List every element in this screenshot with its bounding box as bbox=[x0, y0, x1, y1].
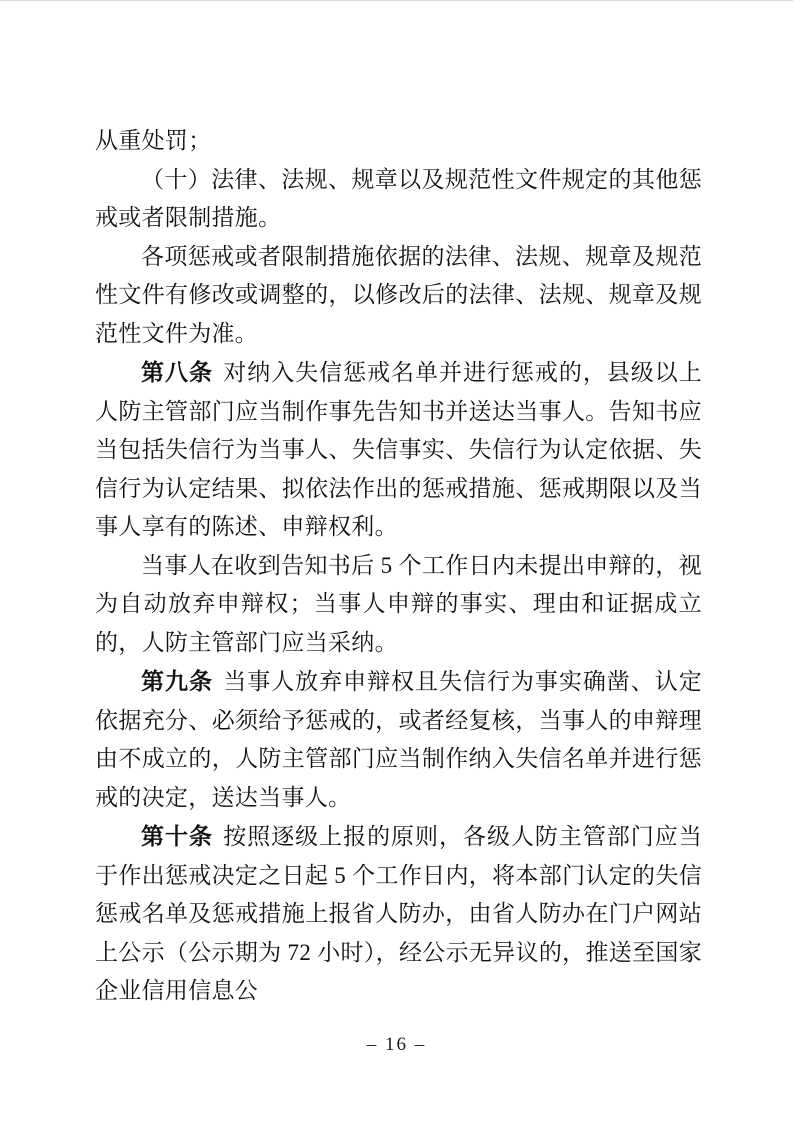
article-9: 第九条当事人放弃申辩权且失信行为事实确凿、认定依据充分、必须给予惩戒的，或者经复… bbox=[95, 662, 702, 817]
article-10: 第十条按照逐级上报的原则，各级人防主管部门应当于作出惩戒决定之日起 5 个工作日… bbox=[95, 817, 702, 1011]
document-body: 从重处罚； （十）法律、法规、规章以及规范性文件规定的其他惩戒或者限制措施。 各… bbox=[95, 122, 702, 1011]
paragraph-text: 对纳入失信惩戒名单并进行惩戒的，县级以上人防主管部门应当制作事先告知书并送达当事… bbox=[95, 360, 702, 539]
document-page: 从重处罚； （十）法律、法规、规章以及规范性文件规定的其他惩戒或者限制措施。 各… bbox=[0, 0, 793, 1122]
paragraph-legal-basis: 各项惩戒或者限制措施依据的法律、法规、规章及规范性文件有修改或调整的，以修改后的… bbox=[95, 238, 702, 354]
paragraph-appeal-rules: 当事人在收到告知书后 5 个工作日内未提出申辩的，视为自动放弃申辩权；当事人申辩… bbox=[95, 547, 702, 663]
paragraph-text: 当事人在收到告知书后 5 个工作日内未提出申辩的，视为自动放弃申辩权；当事人申辩… bbox=[95, 553, 702, 655]
paragraph-text: 从重处罚； bbox=[95, 128, 212, 153]
paragraph-continuation: 从重处罚； bbox=[95, 122, 702, 161]
page-number: – 16 – bbox=[0, 1031, 793, 1059]
article-number: 第十条 bbox=[141, 823, 213, 849]
article-8: 第八条对纳入失信惩戒名单并进行惩戒的，县级以上人防主管部门应当制作事先告知书并送… bbox=[95, 353, 702, 547]
article-number: 第九条 bbox=[141, 668, 213, 694]
paragraph-text: 各项惩戒或者限制措施依据的法律、法规、规章及规范性文件有修改或调整的，以修改后的… bbox=[95, 244, 702, 346]
paragraph-text: 按照逐级上报的原则，各级人防主管部门应当于作出惩戒决定之日起 5 个工作日内，将… bbox=[95, 824, 702, 1003]
article-number: 第八条 bbox=[141, 359, 213, 385]
clause-item-ten: （十）法律、法规、规章以及规范性文件规定的其他惩戒或者限制措施。 bbox=[95, 161, 702, 238]
paragraph-text: （十）法律、法规、规章以及规范性文件规定的其他惩戒或者限制措施。 bbox=[95, 167, 702, 231]
